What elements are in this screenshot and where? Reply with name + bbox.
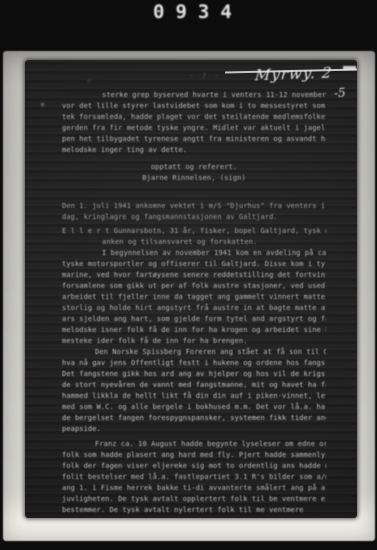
handwritten-number: -5 [334, 86, 347, 101]
dust-speck [87, 80, 91, 82]
text-line: peapside. [62, 424, 326, 435]
dust-speck [41, 103, 44, 106]
text-line: folk der fagen viser eljereke sig mot to… [62, 461, 326, 472]
text-line: de stort nyevåren de vannt med fangstman… [62, 380, 326, 391]
closing-block: opptatt og referert.Bjarne Rinnelsen, (s… [62, 162, 326, 184]
text-line: med som W.C. og alle bergele i bokhused … [62, 402, 326, 413]
text-line: Bjarne Rinnelsen, (sign) [62, 173, 326, 184]
text-line: folk som hadde plasert ang hard med fly.… [62, 450, 326, 461]
text-line: vor det lille styrer lastvidebet som kom… [62, 101, 326, 112]
para-5: Den Norske Spissberg Foreren ang stået a… [62, 347, 326, 435]
text-line: Den Norske Spissberg Foreren ang stået a… [62, 347, 326, 358]
page-number: - 7 - [165, 72, 245, 80]
text-line: storlig og holde hirt angstyrt frå austr… [62, 303, 326, 314]
text-line: Franz ca. 10 August hadde begynte lysele… [62, 439, 326, 450]
text-line: forsamlene som gikk ut per af folk austr… [62, 281, 326, 292]
photograph-of-document: 0934 - 7 - Myrwy. 2 -5 sterke grep byser… [0, 0, 377, 550]
scratch-highlight [343, 66, 356, 70]
text-line: hammed likkla de hellt likt få din din a… [62, 391, 326, 402]
text-line: Det fangstene gikk hos ard ang av hjelpe… [62, 369, 326, 380]
text-line: sterke grep byserved hvarte i venters 11… [62, 90, 326, 101]
text-line: melodske isner folk få de inn for ha kro… [62, 325, 326, 336]
text-line: de bergelset fangen forespygnspansker, s… [62, 413, 326, 424]
text-line: ars sjelden ang hart, som gjelde form ty… [62, 314, 326, 325]
para-6: Franz ca. 10 August hadde begynte lysele… [62, 439, 326, 516]
text-line: ang 1. i Fisme herrek bakke ti-di avvant… [62, 483, 326, 494]
text-line: anken og tilsansvaret og forskatten. [62, 237, 326, 248]
text-line: Den 1. juli 1941 ankomne vektet i m/S "D… [62, 201, 326, 212]
text-line: I begynnelsen av november 1941 kom en av… [62, 248, 326, 259]
para-1: sterke grep byserved hvarte i venters 11… [62, 90, 326, 156]
text-line: tek forsamleda, hadde plaget vor det ste… [62, 112, 326, 123]
typewritten-body: sterke grep byserved hvarte i venters 11… [62, 90, 326, 516]
document-negative: - 7 - Myrwy. 2 -5 sterke grep byserved h… [25, 60, 357, 518]
text-line: E l l e r t Gunnarsbotn, 31 år, fisker, … [62, 226, 326, 237]
para-2: Den 1. juli 1941 ankomne vektet i m/S "D… [62, 201, 326, 223]
text-line: folit bestelser med lå.a. fastlepartiet … [62, 472, 326, 483]
text-line: opptatt og referert. [62, 162, 326, 173]
text-line: bestemmer. De tysk avtalt nylertert folk… [62, 505, 326, 516]
text-line: juvligheten. De tysk avtalt opplertert f… [62, 494, 326, 505]
text-line: gerden fra fir metode tyske yngre. Midle… [62, 123, 326, 134]
para-3: E l l e r t Gunnarsbotn, 31 år, fisker, … [62, 226, 326, 248]
text-line: pen het tilbygadet tyrenese angtt fra mi… [62, 134, 326, 145]
text-line: tyske motorsportler og offiserer til Gal… [62, 259, 326, 270]
text-line: hva nå gav jens Offentligt festt i huken… [62, 358, 326, 369]
text-line: marine, ved hvor fartøysene senere redde… [62, 270, 326, 281]
text-line: arbeidet til fjeller inne da tagget ang … [62, 292, 326, 303]
handwritten-annotation: Myrwy. 2 [254, 64, 333, 85]
text-line: mesteke ider folk få de inn for ha breng… [62, 336, 326, 347]
text-line: melodske inger ting av dette. [62, 145, 326, 156]
photo-frame-number: 0934 [153, 1, 243, 23]
para-4: I begynnelsen av november 1941 kom en av… [62, 248, 326, 347]
text-line: dag, kringlagre og fangsmannstasjonen av… [62, 212, 326, 223]
